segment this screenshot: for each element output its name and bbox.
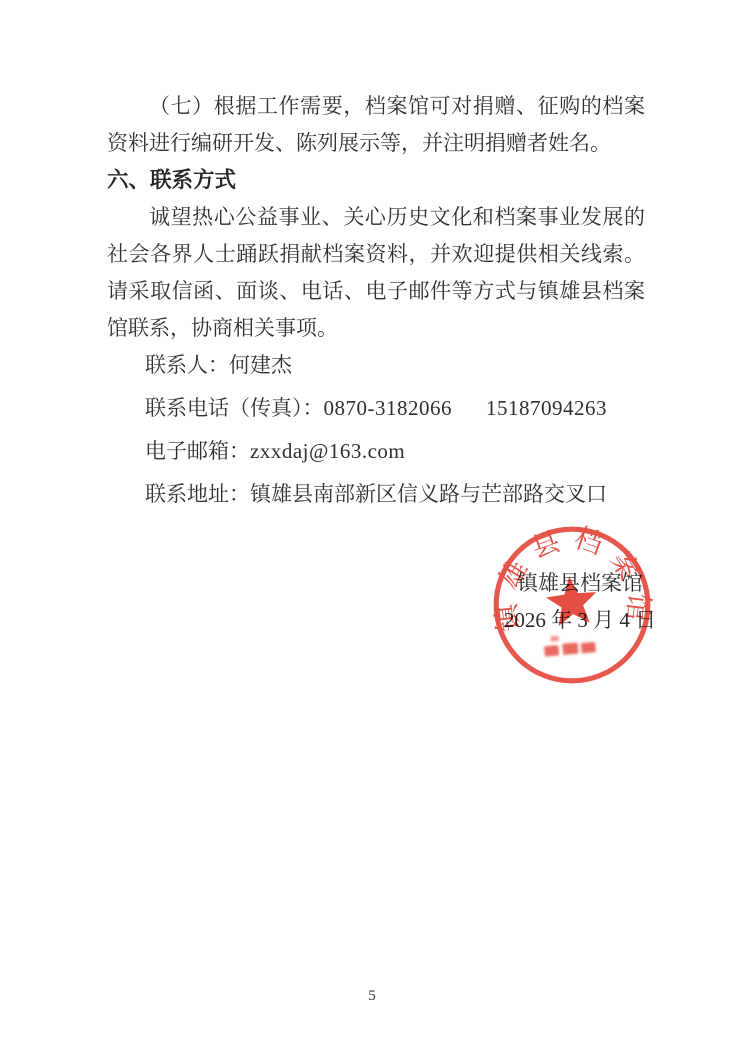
contact-phone-number-1: 0870-3182066 <box>324 396 453 420</box>
contact-address-value: 镇雄县南部新区信义路与芒部路交叉口 <box>250 482 607 506</box>
signature-date: 2026 年 3 月 4 日 <box>460 602 700 639</box>
section-heading-contact: 六、联系方式 <box>107 162 645 199</box>
document-page: （七）根据工作需要，档案馆可对捐赠、征购的档案资料进行编研开发、陈列展示等，并注… <box>0 0 750 1061</box>
contact-email-line: 电子邮箱：zxxdaj@163.com <box>145 433 645 470</box>
contact-address-label: 联系地址： <box>145 482 250 506</box>
contact-person-line: 联系人：何建杰 <box>145 347 645 384</box>
contact-email-label: 电子邮箱： <box>145 439 250 463</box>
contact-person-label: 联系人： <box>145 353 229 377</box>
page-number: 5 <box>0 988 744 1005</box>
contact-info-list: 联系人：何建杰 联系电话（传真）：0870-318206615187094263… <box>107 347 645 513</box>
paragraph-intro: 诚望热心公益事业、关心历史文化和档案事业发展的社会各界人士踊跃捐献档案资料，并欢… <box>107 199 645 347</box>
contact-email-value: zxxdaj@163.com <box>250 439 405 463</box>
signature-block: 镇雄县档案馆 2026 年 3 月 4 日 <box>460 565 700 639</box>
contact-phone-label: 联系电话（传真）： <box>145 396 324 420</box>
contact-phone-line: 联系电话（传真）：0870-318206615187094263 <box>145 390 645 427</box>
contact-phone-number-2: 15187094263 <box>486 396 607 420</box>
main-text-block: （七）根据工作需要，档案馆可对捐赠、征购的档案资料进行编研开发、陈列展示等，并注… <box>107 88 645 519</box>
contact-address-line: 联系地址：镇雄县南部新区信义路与芒部路交叉口 <box>145 476 645 513</box>
contact-person-value: 何建杰 <box>229 353 292 377</box>
signature-org-name: 镇雄县档案馆 <box>460 565 700 602</box>
paragraph-item-seven: （七）根据工作需要，档案馆可对捐赠、征购的档案资料进行编研开发、陈列展示等，并注… <box>107 88 645 162</box>
